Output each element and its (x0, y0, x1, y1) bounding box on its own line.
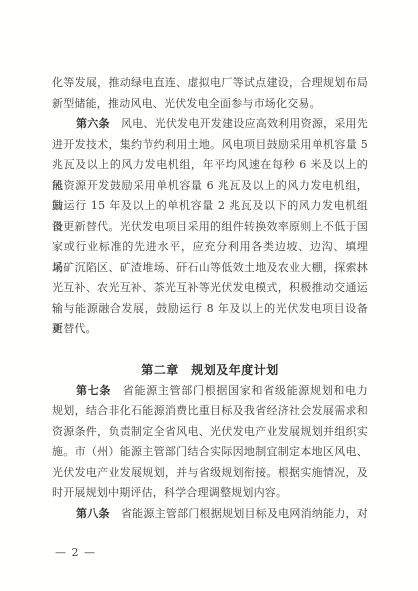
text-line: 新型储能，推动风电、光伏发电全面参与市场化交易。 (52, 94, 368, 115)
article-paragraph-line: 第八条 省能源主管部门根据规划目标及电网消纳能力，对 (52, 504, 368, 525)
text-line: 施。市（州）能源主管部门结合实际因地制宜制定本地区风电、 (52, 442, 368, 463)
text-line: 新替代。 (52, 319, 368, 340)
page-number: — 2 — (55, 546, 96, 560)
text-line: 励运行 15 年及以上的单机容量 2 兆瓦及以下的风力发电机组设 (52, 196, 368, 217)
document-page: 化等发展，推动绿电直连、虚拟电厂等试点建设，合理规划布局新型储能，推动风电、光伏… (0, 0, 418, 591)
article-text: 省能源主管部门根据规划目标及电网消纳能力，对 (110, 507, 368, 520)
text-line: 光伏发电产业发展规划，并与省级规划衔接。根据实施情况，及 (52, 463, 368, 484)
text-line: 化等发展，推动绿电直连、虚拟电厂等试点建设，合理规划布局 (52, 73, 368, 94)
text-line: 采矿沉陷区、矿渣堆场、矸石山等低效土地及农业大棚，探索林 (52, 258, 368, 279)
article-text: 省能源主管部门根据国家和省级能源规划和电力 (111, 384, 368, 397)
text-line: 资源条件，负责制定全省风电、光伏发电产业发展规划并组织实 (52, 422, 368, 443)
text-line: 备更新替代。光伏发电项目采用的组件转换效率原则上不低于国 (52, 217, 368, 238)
text-line: 规划，结合非化石能源消费比重目标及我省经济社会发展需求和 (52, 401, 368, 422)
text-line: 时开展规划中期评估，科学合理调整规划内容。 (52, 483, 368, 504)
text-line: 兆瓦及以上的风力发电机组，年平均风速在每秒 6 米及以上的风 (52, 155, 368, 176)
article-number: 第六条 (76, 117, 110, 130)
text-line: 光互补、农光互补、茶光互补等光伏发电模式，积极推动交通运 (52, 278, 368, 299)
chapter-heading: 第二章 规划及年度计划 (52, 360, 368, 381)
text-line: 进开发技术，集约节约利用土地。风电项目鼓励采用单机容量 5 (52, 135, 368, 156)
text-line: 家或行业标准的先进水平，应充分利用各类边坡、边沟、填埋场、 (52, 237, 368, 258)
text-line: 能资源开发鼓励采用单机容量 6 兆瓦及以上的风力发电机组，鼓 (52, 176, 368, 197)
article-number: 第七条 (76, 384, 111, 397)
article-paragraph-line: 第六条 风电、光伏发电开发建设应高效利用资源，采用先 (52, 114, 368, 135)
article-text: 风电、光伏发电开发建设应高效利用资源，采用先 (110, 117, 368, 130)
article-number: 第八条 (76, 507, 110, 520)
text-line: 输与能源融合发展，鼓励运行 8 年及以上的光伏发电项目设备更 (52, 299, 368, 320)
blank-line (52, 340, 368, 361)
document-body: 化等发展，推动绿电直连、虚拟电厂等试点建设，合理规划布局新型储能，推动风电、光伏… (52, 73, 368, 524)
article-paragraph-line: 第七条 省能源主管部门根据国家和省级能源规划和电力 (52, 381, 368, 402)
